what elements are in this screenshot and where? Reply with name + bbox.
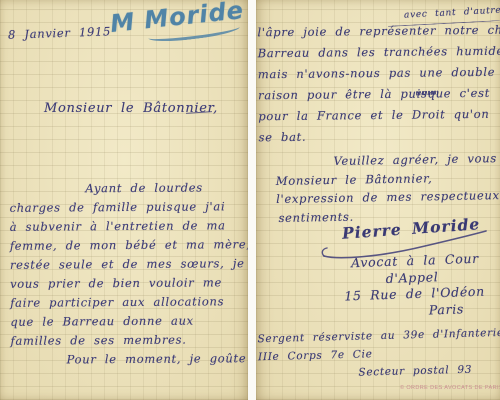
handwritten-line: vous prier de bien vouloir me	[10, 273, 244, 294]
handwritten-line: familles de ses membres.	[10, 330, 244, 351]
handwritten-line: Paris	[429, 300, 486, 318]
scribbled-out-word	[416, 91, 438, 96]
letter-date: 8 Janvier 1915	[8, 24, 111, 42]
handwritten-line: pour la France et le Droit qu'on	[258, 104, 500, 128]
address-block: Avocat à la Cour d'Appel 15 Rue de l'Odé…	[343, 251, 486, 322]
handwritten-line: restée seule et de mes sœurs, je viens	[10, 254, 244, 275]
salutation: Monsieur le Bâtonnier,	[44, 101, 218, 116]
handwritten-line: se bat.	[258, 125, 500, 149]
handwritten-line: femme, de mon bébé et ma mère,	[10, 235, 244, 256]
letter-page-right: avec tant d'autres l'âpre joie de représ…	[256, 0, 500, 400]
letter-page-left: 8 Janvier 1915 M Moride Monsieur le Bâto…	[0, 0, 248, 400]
page-gutter	[248, 0, 256, 400]
interline-insertion: avec tant d'autres	[404, 5, 500, 20]
handwritten-line: l'âpre joie de représenter notre cher	[257, 20, 499, 44]
handwritten-line: raison pour être là puisque c'est	[258, 83, 500, 107]
handwritten-line: charges de famille puisque j'ai	[9, 197, 243, 218]
military-unit-block: Sergent réserviste au 39e d'Infanterie I…	[257, 324, 500, 384]
letter-body-right: l'âpre joie de représenter notre cher Ba…	[257, 20, 500, 149]
handwritten-line: Ayant de lourdes	[85, 178, 243, 198]
handwritten-line: Veuillez agréer, je vous prie,	[333, 149, 500, 170]
handwritten-line: Pour le moment, je goûte	[67, 349, 245, 369]
letter-body-left: Ayant de lourdes charges de famille puis…	[9, 178, 244, 370]
handwritten-line: à subvenir à l'entretien de ma	[10, 216, 244, 237]
handwritten-line: Secteur postal 93	[358, 360, 500, 382]
handwritten-line: faire participer aux allocations	[10, 292, 244, 313]
handwritten-line: mais n'avons-nous pas une double	[258, 62, 500, 86]
handwritten-line: que le Barreau donne aux	[10, 311, 244, 332]
copyright-watermark: © ORDRE DES AVOCATS DE PARIS	[400, 385, 500, 391]
handwritten-line: Barreau dans les tranchées humides ;	[258, 41, 500, 65]
handwritten-line: l'expression de mes respectueux	[276, 186, 500, 208]
